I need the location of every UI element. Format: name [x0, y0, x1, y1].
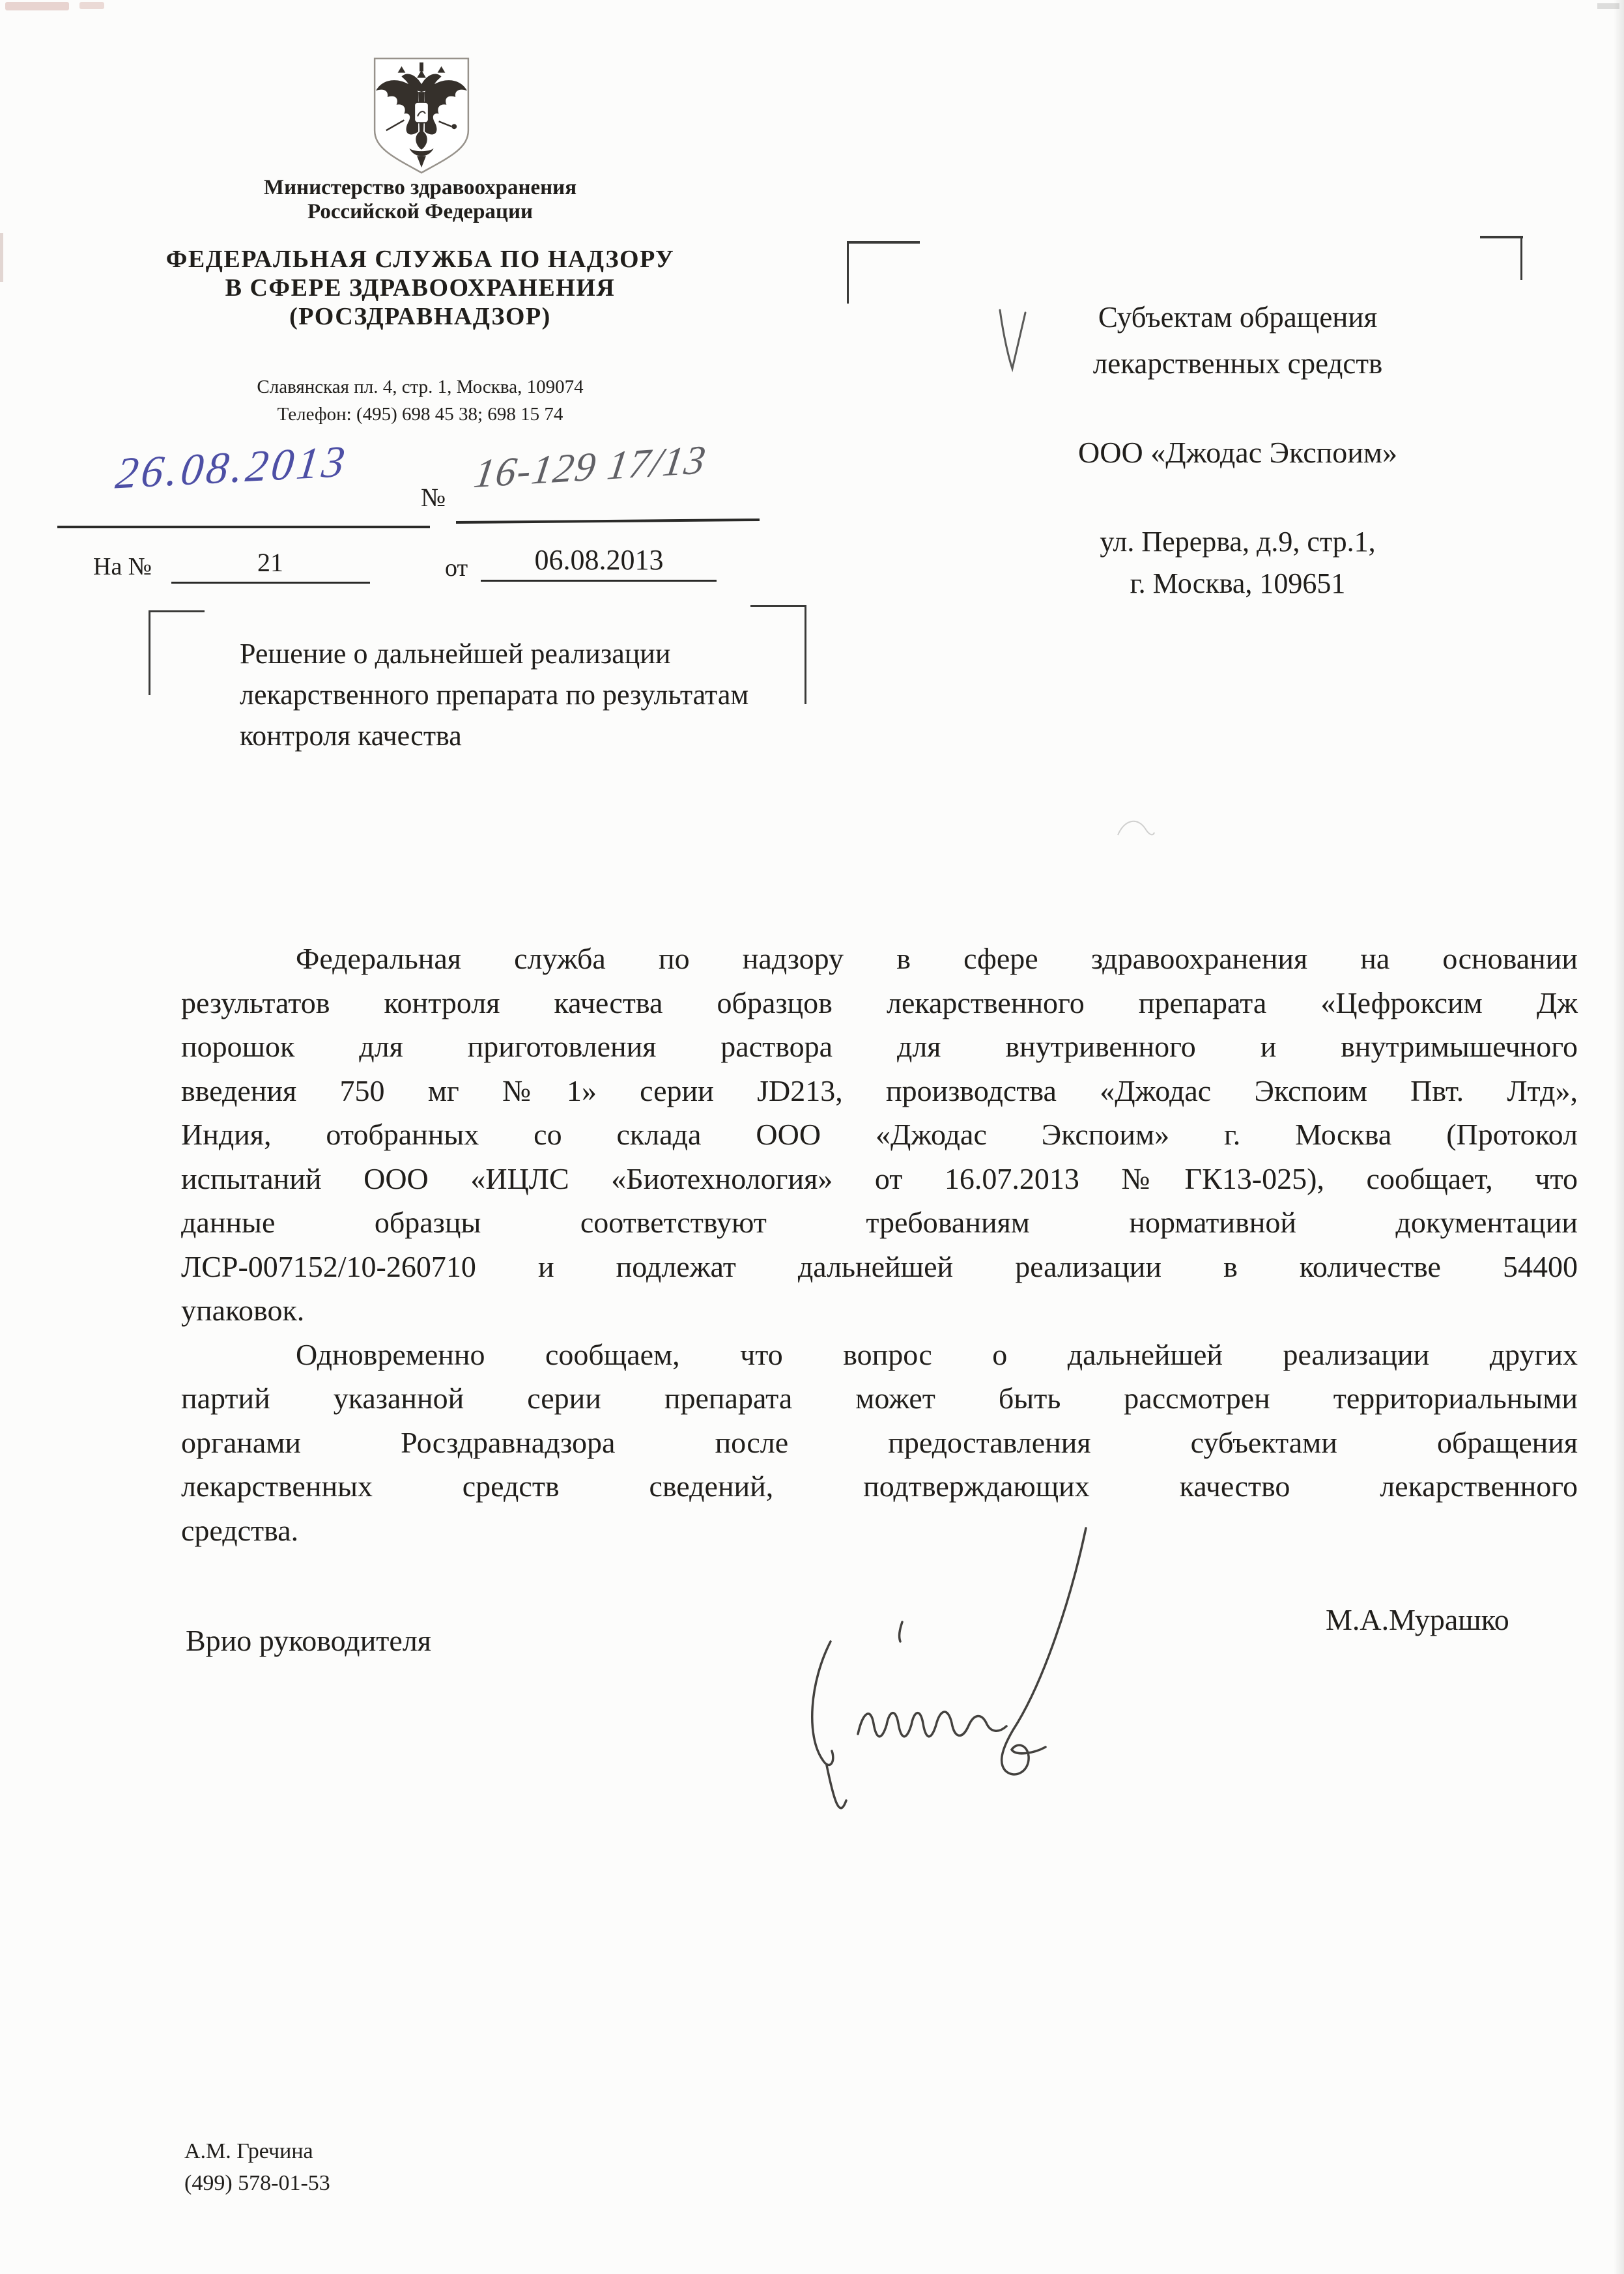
subject-line1: Решение о дальнейшей реализации [240, 633, 852, 674]
corner-mark-top-right [1520, 236, 1522, 280]
ministry-name: Министерство здравоохранения Российской … [62, 176, 778, 224]
scan-squiggle-artifact [1115, 816, 1157, 847]
addressee-company: ООО «Джодас Экспоим» [945, 435, 1531, 470]
body-line: результатов контроля качества образцов л… [181, 981, 1578, 1025]
body-line: Федеральная служба по надзору в сфере зд… [181, 937, 1578, 981]
handwritten-outgoing-date: 26.08.2013 [113, 435, 350, 499]
subject-block: Решение о дальнейшей реализации лекарств… [240, 633, 852, 756]
addressee-block: Субъектам обращения лекарственных средст… [945, 294, 1531, 387]
signer-position: Врио руководителя [186, 1623, 431, 1658]
ministry-line2: Российской Федерации [62, 200, 778, 224]
corner-mark-subject-left [149, 610, 150, 695]
addressee-address-line2: г. Москва, 109651 [945, 563, 1531, 604]
body-text: Федеральная служба по надзору в сфере зд… [181, 937, 1578, 1552]
body-line: упаковок. [181, 1288, 1578, 1333]
body-line: ЛСР-007152/10-260710 и подлежат дальнейш… [181, 1245, 1578, 1289]
reply-number: 21 [173, 547, 368, 578]
reply-date-underline [481, 580, 717, 582]
reply-date: 06.08.2013 [483, 543, 715, 576]
scan-artifact-mark [79, 2, 104, 9]
russia-coat-of-arms-icon [367, 55, 476, 180]
scan-edge-shadow [1614, 0, 1624, 2274]
body-line: лекарственных средств сведений, подтверж… [181, 1464, 1578, 1509]
service-line1: ФЕДЕРАЛЬНАЯ СЛУЖБА ПО НАДЗОРУ [62, 245, 778, 274]
body-line: испытаний ООО «ИЦЛС «Биотехнология» от 1… [181, 1157, 1578, 1201]
reply-from-label: от [445, 554, 468, 582]
service-line2: В СФЕРЕ ЗДРАВООХРАНЕНИЯ [62, 274, 778, 302]
reply-to-label: На № [93, 552, 152, 581]
scanned-letter-page: Министерство здравоохранения Российской … [0, 0, 1624, 2274]
service-name: ФЕДЕРАЛЬНАЯ СЛУЖБА ПО НАДЗОРУ В СФЕРЕ ЗД… [62, 245, 778, 331]
corner-mark-top-right [1480, 236, 1523, 238]
number-underline [456, 519, 760, 524]
addressee-line1: Субъектам обращения [945, 294, 1531, 341]
date-underline [57, 526, 430, 528]
handwritten-signature [798, 1518, 1111, 1817]
contact-name: А.М. Гречина [184, 2135, 330, 2167]
contact-phone: (499) 578-01-53 [184, 2167, 330, 2199]
body-line: порошок для приготовления раствора для в… [181, 1025, 1578, 1069]
signer-name: М.А.Мурашко [1326, 1602, 1509, 1637]
corner-mark-top-left [847, 241, 849, 304]
body-line: данные образцы соответствуют требованиям… [181, 1201, 1578, 1245]
scan-artifact-mark [0, 233, 3, 282]
body-line: органами Росздравнадзора после предостав… [181, 1421, 1578, 1465]
service-line3: (РОСЗДРАВНАДЗОР) [62, 302, 778, 331]
number-label: № [421, 482, 446, 513]
addressee-address-line1: ул. Перерва, д.9, стр.1, [945, 521, 1531, 563]
scan-artifact-mark [5, 2, 69, 10]
corner-mark-top-left [847, 241, 920, 244]
corner-mark-subject-right [750, 605, 806, 607]
body-line: партий указанной серии препарата может б… [181, 1376, 1578, 1421]
addressee-address: ул. Перерва, д.9, стр.1, г. Москва, 1096… [945, 521, 1531, 604]
corner-mark-subject-left [149, 610, 205, 612]
reply-number-underline [171, 582, 370, 584]
body-line: Одновременно сообщаем, что вопрос о даль… [181, 1333, 1578, 1377]
letterhead-phone: Телефон: (495) 698 45 38; 698 15 74 [62, 404, 778, 425]
subject-line2: лекарственного препарата по результатам [240, 674, 852, 715]
body-line: Индия, отобранных со склада ООО «Джодас … [181, 1113, 1578, 1157]
body-line: введения 750 мг №1» серии JD213, произво… [181, 1069, 1578, 1113]
subject-line3: контроля качества [240, 715, 852, 756]
ministry-line1: Министерство здравоохранения [62, 176, 778, 200]
handwritten-outgoing-number: 16-129 17/13 [471, 437, 709, 498]
letterhead-address: Славянская пл. 4, стр. 1, Москва, 109074 [62, 377, 778, 398]
addressee-line2: лекарственных средств [945, 341, 1531, 387]
footer-contact: А.М. Гречина (499) 578-01-53 [184, 2135, 330, 2199]
